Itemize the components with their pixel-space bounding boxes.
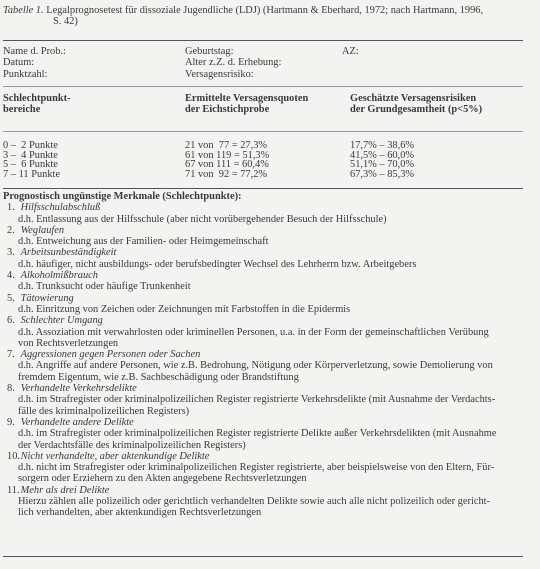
feature-name: Nicht verhandelte, aber aktenkundige Del…: [21, 451, 210, 462]
feature-name-line: 6. Schlechter Umgang: [3, 315, 523, 326]
feature-description: d.h. Einritzung von Zeichen oder Zeichnu…: [3, 304, 523, 315]
form-col-3: AZ:: [342, 46, 359, 57]
feature-name: Verhandelte andere Delikte: [21, 417, 134, 428]
header-text: der Grundgesamtheit (p<5%): [350, 104, 482, 115]
feature-name-line: 5. Tätowierung: [3, 293, 523, 304]
cell-risk: 67,3% – 85,3%: [350, 170, 414, 180]
cell-rate: 71 von 92 = 77,2%: [185, 170, 267, 180]
caption-label: Tabelle 1.: [3, 5, 44, 16]
feature-name-line: 1. Hilfsschulabschluß: [3, 202, 523, 213]
feature-name-line: 10. Nicht verhandelte, aber aktenkundige…: [3, 451, 523, 462]
feature-description: sorgern oder Erziehern zu den Akten ange…: [3, 473, 523, 484]
feature-number: 2.: [7, 225, 18, 236]
table-bottom-rule: [3, 188, 523, 189]
form-fields: Name d. Prob.: Datum: Punktzahl: Geburts…: [3, 46, 523, 82]
caption-text: Legalprognosetest für dissoziale Jugendl…: [46, 5, 483, 16]
feature-item: 1. Hilfsschulabschlußd.h. Entlassung aus…: [3, 202, 523, 225]
feature-name-line: 7. Aggressionen gegen Personen oder Sach…: [3, 349, 523, 360]
feature-name: Verhandelte Verkehrsdelikte: [21, 383, 137, 394]
header-points-range: Schlechtpunkt- bereiche: [3, 93, 71, 116]
header-estimated-risk: Geschätzte Versagensrisiken der Grundges…: [350, 93, 482, 116]
feature-item: 6. Schlechter Umgangd.h. Assoziation mit…: [3, 315, 523, 349]
feature-number: 8.: [7, 383, 18, 394]
header-text: Ermittelte Versagensquoten: [185, 93, 308, 104]
feature-name: Alkoholmißbrauch: [21, 270, 98, 281]
feature-number: 7.: [7, 349, 18, 360]
feature-item: 8. Verhandelte Verkehrsdelikted.h. im St…: [3, 383, 523, 417]
feature-number: 6.: [7, 315, 18, 326]
cell-range: 7 – 11 Punkte: [3, 170, 60, 180]
field-score-label: Punktzahl:: [3, 69, 66, 80]
feature-description: d.h. nicht im Strafregister oder krimina…: [3, 462, 523, 473]
caption-line-2: S. 42): [3, 16, 533, 27]
feature-number: 3.: [7, 247, 18, 258]
feature-name-line: 2. Weglaufen: [3, 225, 523, 236]
feature-item: 7. Aggressionen gegen Personen oder Sach…: [3, 349, 523, 383]
field-az-label: AZ:: [342, 46, 359, 57]
feature-description: Hierzu zählen alle polizeilich oder geri…: [3, 496, 523, 507]
feature-description: lich verhandelten, aber aktenkundigen Re…: [3, 507, 523, 518]
feature-item: 9. Verhandelte andere Delikted.h. im Str…: [3, 417, 523, 451]
feature-name: Weglaufen: [21, 225, 64, 236]
field-birthday-label: Geburtstag:: [185, 46, 281, 57]
feature-description: d.h. Entweichung aus der Familien- oder …: [3, 236, 523, 247]
top-rule: [3, 40, 523, 41]
feature-description: d.h. Angriffe auf andere Personen, wie z…: [3, 360, 523, 371]
feature-number: 10.: [7, 451, 18, 462]
table-body: 0 – 2 Punkte 21 von 77 = 27,3% 17,7% – 3…: [3, 141, 523, 179]
feature-number: 1.: [7, 202, 18, 213]
feature-description: d.h. im Strafregister oder kriminalpoliz…: [3, 428, 523, 439]
feature-number: 9.: [7, 417, 18, 428]
caption-line-1: Tabelle 1. Legalprognosetest für dissozi…: [3, 5, 533, 16]
header-text: der Eichstichprobe: [185, 104, 308, 115]
feature-description: d.h. im Strafregister oder kriminalpoliz…: [3, 394, 523, 405]
table-row: 7 – 11 Punkte 71 von 92 = 77,2% 67,3% – …: [3, 170, 523, 180]
feature-description: der Verdachtsfälle des kriminalpolizeili…: [3, 440, 523, 451]
feature-name: Hilfsschulabschluß: [21, 202, 101, 213]
feature-name-line: 9. Verhandelte andere Delikte: [3, 417, 523, 428]
table-caption: Tabelle 1. Legalprognosetest für dissozi…: [3, 5, 533, 28]
field-name-label: Name d. Prob.:: [3, 46, 66, 57]
feature-name: Tätowierung: [21, 293, 74, 304]
feature-description: von Rechtsverletzungen: [3, 338, 523, 349]
info-divider: [3, 86, 523, 87]
feature-number: 4.: [7, 270, 18, 281]
header-divider: [3, 131, 523, 132]
feature-name-line: 4. Alkoholmißbrauch: [3, 270, 523, 281]
header-text: Schlechtpunkt-: [3, 93, 71, 104]
feature-description: fälle des kriminalpolizeilichen Register…: [3, 406, 523, 417]
document-page: Tabelle 1. Legalprognosetest für dissozi…: [0, 0, 540, 569]
form-col-1: Name d. Prob.: Datum: Punktzahl:: [3, 46, 66, 80]
feature-name: Mehr als drei Delikte: [21, 485, 110, 496]
feature-name-line: 3. Arbeitsunbeständigkeit: [3, 247, 523, 258]
field-risk-label: Versagensrisiko:: [185, 69, 281, 80]
feature-description: d.h. Assoziation mit verwahrlosten oder …: [3, 327, 523, 338]
header-text: Geschätzte Versagensrisiken: [350, 93, 482, 104]
feature-item: 5. Tätowierungd.h. Einritzung von Zeiche…: [3, 293, 523, 316]
feature-list-title: Prognostisch ungünstige Merkmale (Schlec…: [3, 191, 523, 202]
feature-items: 1. Hilfsschulabschlußd.h. Entlassung aus…: [3, 202, 523, 518]
feature-description: fremdem Eigentum, wie z.B. Sachbeschädig…: [3, 372, 523, 383]
feature-number: 5.: [7, 293, 18, 304]
feature-name-line: 11. Mehr als drei Delikte: [3, 485, 523, 496]
form-col-2: Geburtstag: Alter z.Z. d. Erhebung: Vers…: [185, 46, 281, 80]
feature-description: d.h. häufiger, nicht ausbildungs- oder b…: [3, 259, 523, 270]
feature-list: Prognostisch ungünstige Merkmale (Schlec…: [3, 191, 523, 519]
feature-item: 3. Arbeitsunbeständigkeitd.h. häufiger, …: [3, 247, 523, 270]
feature-description: d.h. Entlassung aus der Hilfsschule (abe…: [3, 214, 523, 225]
feature-item: 10. Nicht verhandelte, aber aktenkundige…: [3, 451, 523, 485]
feature-item: 2. Weglaufend.h. Entweichung aus der Fam…: [3, 225, 523, 248]
feature-item: 4. Alkoholmißbrauchd.h. Trunksucht oder …: [3, 270, 523, 293]
field-age-label: Alter z.Z. d. Erhebung:: [185, 57, 281, 68]
feature-item: 11. Mehr als drei DelikteHierzu zählen a…: [3, 485, 523, 519]
header-failure-rates: Ermittelte Versagensquoten der Eichstich…: [185, 93, 308, 116]
header-text: bereiche: [3, 104, 71, 115]
bottom-rule: [3, 556, 523, 557]
field-date-label: Datum:: [3, 57, 66, 68]
feature-name: Schlechter Umgang: [21, 315, 103, 326]
feature-name: Arbeitsunbeständigkeit: [21, 247, 117, 258]
feature-name: Aggressionen gegen Personen oder Sachen: [21, 349, 201, 360]
feature-number: 11.: [7, 485, 18, 496]
feature-name-line: 8. Verhandelte Verkehrsdelikte: [3, 383, 523, 394]
feature-description: d.h. Trunksucht oder häufige Trunkenheit: [3, 281, 523, 292]
